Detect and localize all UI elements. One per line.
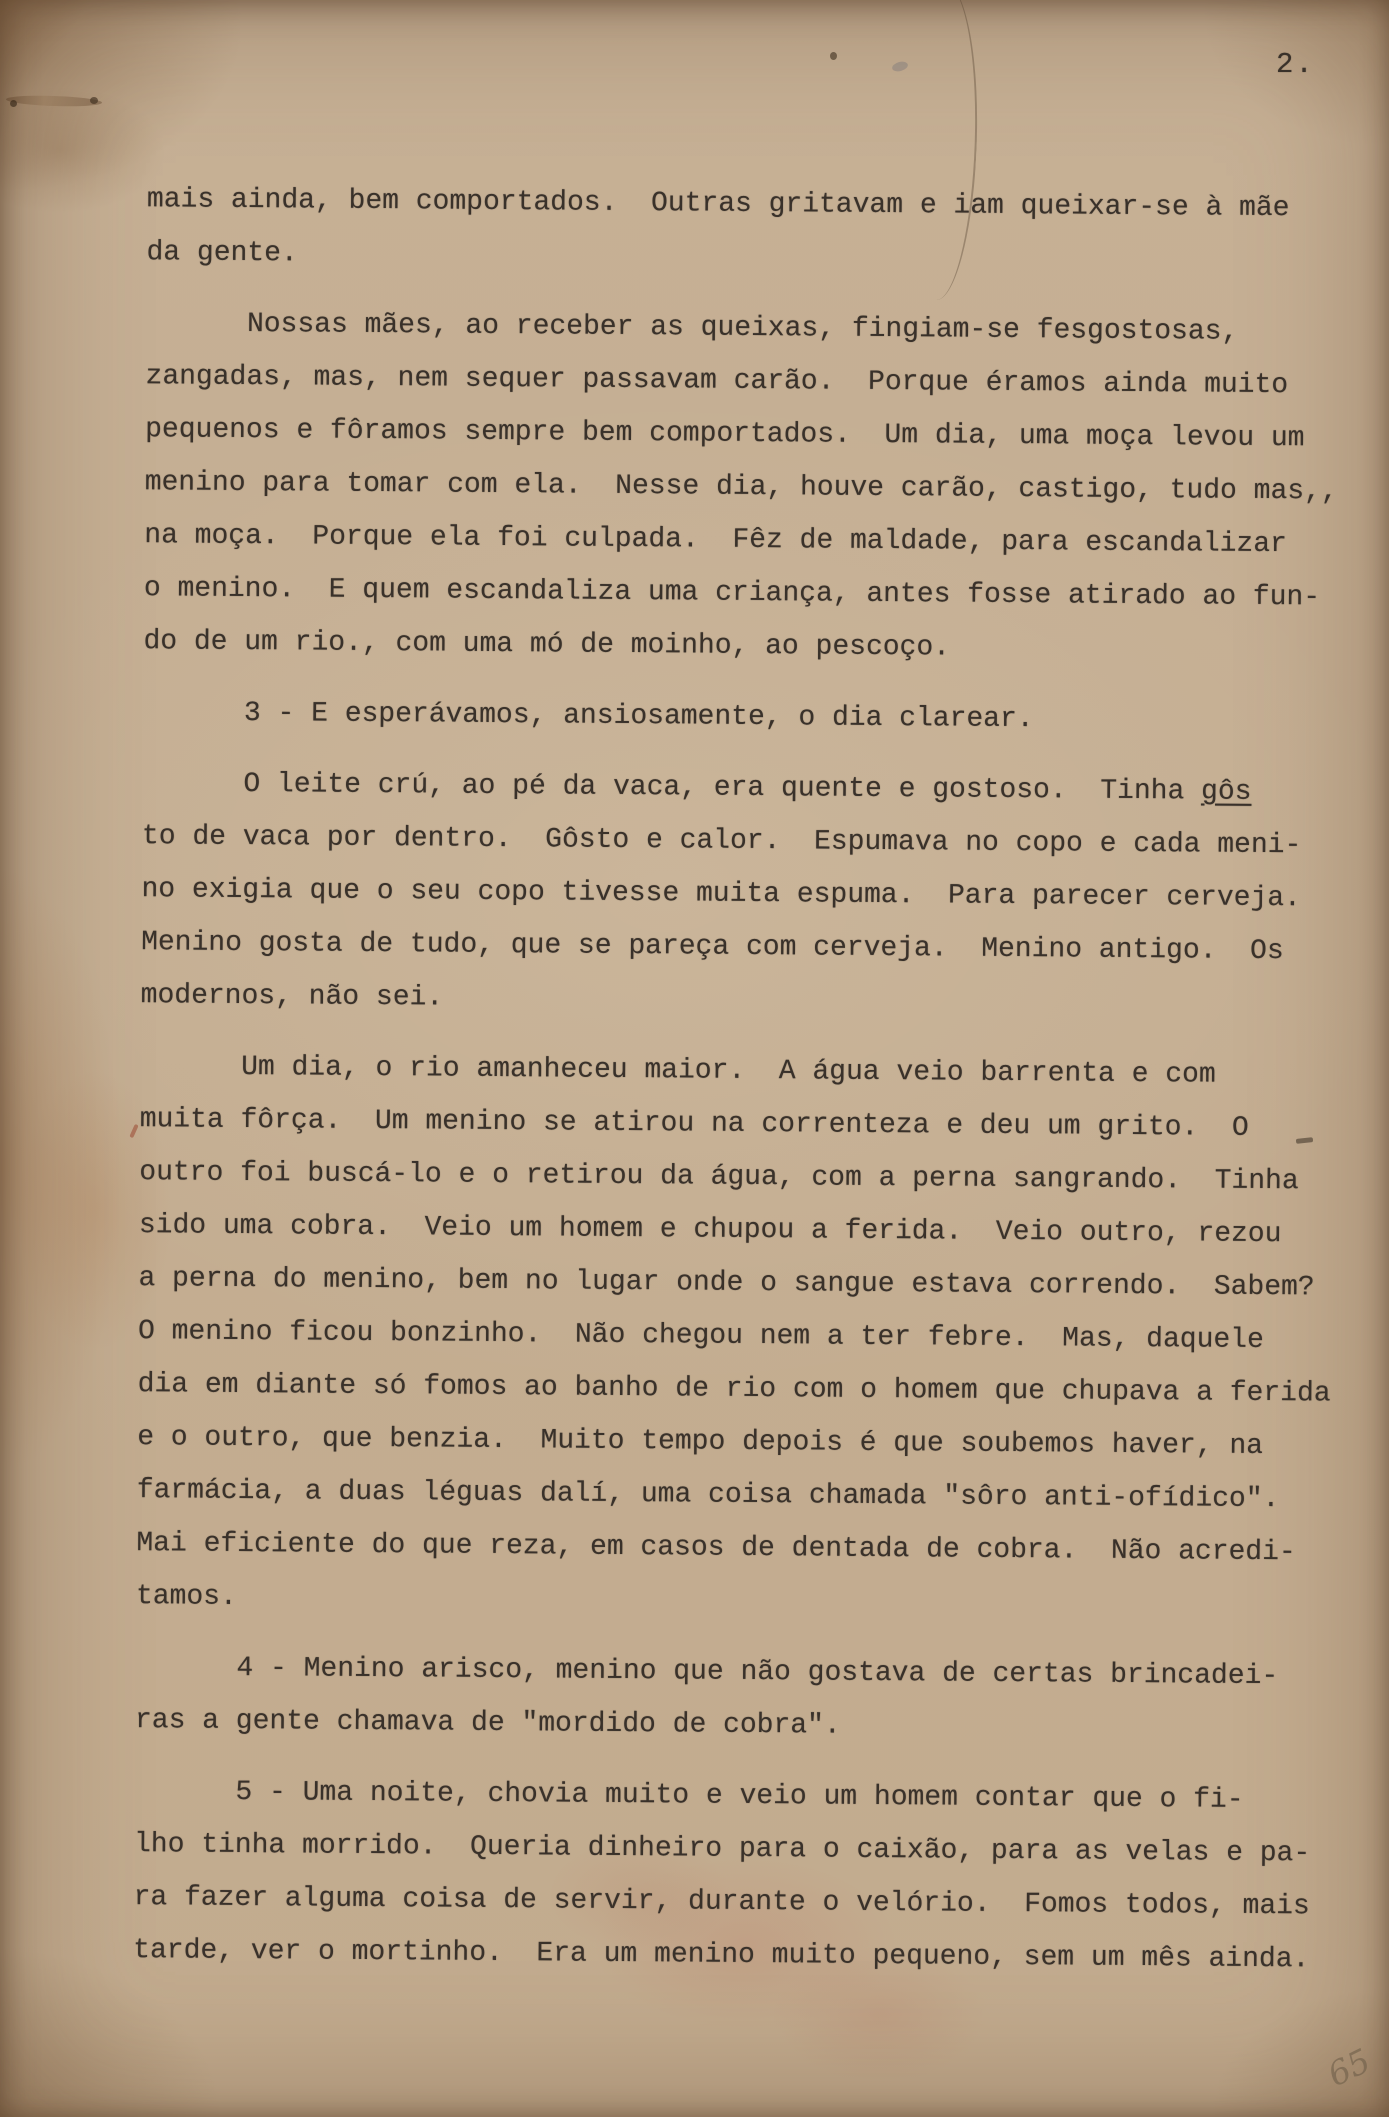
gray-smudge bbox=[891, 60, 909, 73]
paragraph: 4 - Menino arisco, menino que não gostav… bbox=[135, 1641, 1366, 1757]
text-line: no exigia que o seu copo tivesse muita e… bbox=[141, 863, 1371, 926]
text-line: O menino ficou bonzinho. Não chegou nem … bbox=[138, 1305, 1368, 1368]
text-line: muita fôrça. Um menino se atirou na corr… bbox=[140, 1093, 1370, 1156]
page-number: 2. bbox=[1276, 48, 1315, 81]
text-line: o menino. E quem escandaliza uma criança… bbox=[144, 562, 1374, 625]
text-line: do de um rio., com uma mó de moinho, ao … bbox=[143, 615, 1373, 678]
text-line: Mai eficiente do que reza, em casos de d… bbox=[136, 1517, 1366, 1580]
text-line: 4 - Menino arisco, menino que não gostav… bbox=[135, 1641, 1365, 1704]
scanned-typewritten-page: 2. mais ainda, bem comportados. Outras g… bbox=[0, 0, 1389, 2117]
text-line: e o outro, que benzia. Muito tempo depoi… bbox=[137, 1411, 1367, 1474]
text-line: pequenos e fôramos sempre bem comportado… bbox=[145, 403, 1375, 466]
text-line: Nossas mães, ao receber as queixas, fing… bbox=[146, 297, 1376, 360]
corner-fold-mark bbox=[0, 0, 103, 167]
paragraph: O leite crú, ao pé da vaca, era quente e… bbox=[141, 757, 1373, 1032]
text-line: na moça. Porque ela foi culpada. Fêz de … bbox=[144, 509, 1374, 572]
handwritten-folio-number: 65 bbox=[1322, 2041, 1377, 2094]
text-line: ra fazer alguma coisa de servir, durante… bbox=[133, 1871, 1363, 1934]
paragraph: 5 - Uma noite, chovia muito e veio um ho… bbox=[133, 1765, 1365, 1987]
text-line: to de vaca por dentro. Gôsto e calor. Es… bbox=[142, 810, 1372, 873]
text-line: menino para tomar com ela. Nesse dia, ho… bbox=[145, 456, 1375, 519]
paragraph: Nossas mães, ao receber as queixas, fing… bbox=[143, 297, 1376, 678]
text-line: tarde, ver o mortinho. Era um menino mui… bbox=[133, 1924, 1363, 1987]
text-line: farmácia, a duas léguas dalí, uma coisa … bbox=[137, 1464, 1367, 1527]
text-line: 3 - E esperávamos, ansiosamente, o dia c… bbox=[143, 686, 1373, 749]
paragraph: mais ainda, bem comportados. Outras grit… bbox=[146, 173, 1377, 289]
underlined-text: gôs bbox=[1201, 776, 1252, 807]
paragraph: 3 - E esperávamos, ansiosamente, o dia c… bbox=[143, 686, 1373, 749]
pinhole-mark bbox=[10, 100, 17, 107]
red-tick-mark bbox=[129, 1124, 138, 1138]
text-line: Menino gosta de tudo, que se pareça com … bbox=[141, 916, 1371, 979]
text-line: a perna do menino, bem no lugar onde o s… bbox=[138, 1252, 1368, 1315]
paragraph: Um dia, o rio amanheceu maior. A água ve… bbox=[136, 1040, 1371, 1633]
text-line: dia em diante só fomos ao banho de rio c… bbox=[137, 1358, 1367, 1421]
text-line: mais ainda, bem comportados. Outras grit… bbox=[147, 173, 1377, 236]
text-line: Um dia, o rio amanheceu maior. A água ve… bbox=[140, 1040, 1370, 1103]
pinhole-mark bbox=[90, 97, 98, 104]
text-line: da gente. bbox=[146, 226, 1376, 289]
text-line: sido uma cobra. Veio um homem e chupou a… bbox=[139, 1199, 1369, 1262]
text-line: outro foi buscá-lo e o retirou da água, … bbox=[139, 1146, 1369, 1209]
ink-speck bbox=[830, 52, 837, 60]
text-line: ras a gente chamava de "mordido de cobra… bbox=[135, 1694, 1365, 1757]
text-line: tamos. bbox=[136, 1570, 1366, 1633]
text-line: modernos, não sei. bbox=[141, 969, 1371, 1032]
text-block: mais ainda, bem comportados. Outras grit… bbox=[133, 173, 1377, 2005]
text-line: O leite crú, ao pé da vaca, era quente e… bbox=[142, 757, 1372, 820]
text-line: zangadas, mas, nem sequer passavam carão… bbox=[145, 350, 1375, 413]
text-line: lho tinha morrido. Queria dinheiro para … bbox=[134, 1818, 1364, 1881]
text-line: 5 - Uma noite, chovia muito e veio um ho… bbox=[134, 1765, 1364, 1828]
